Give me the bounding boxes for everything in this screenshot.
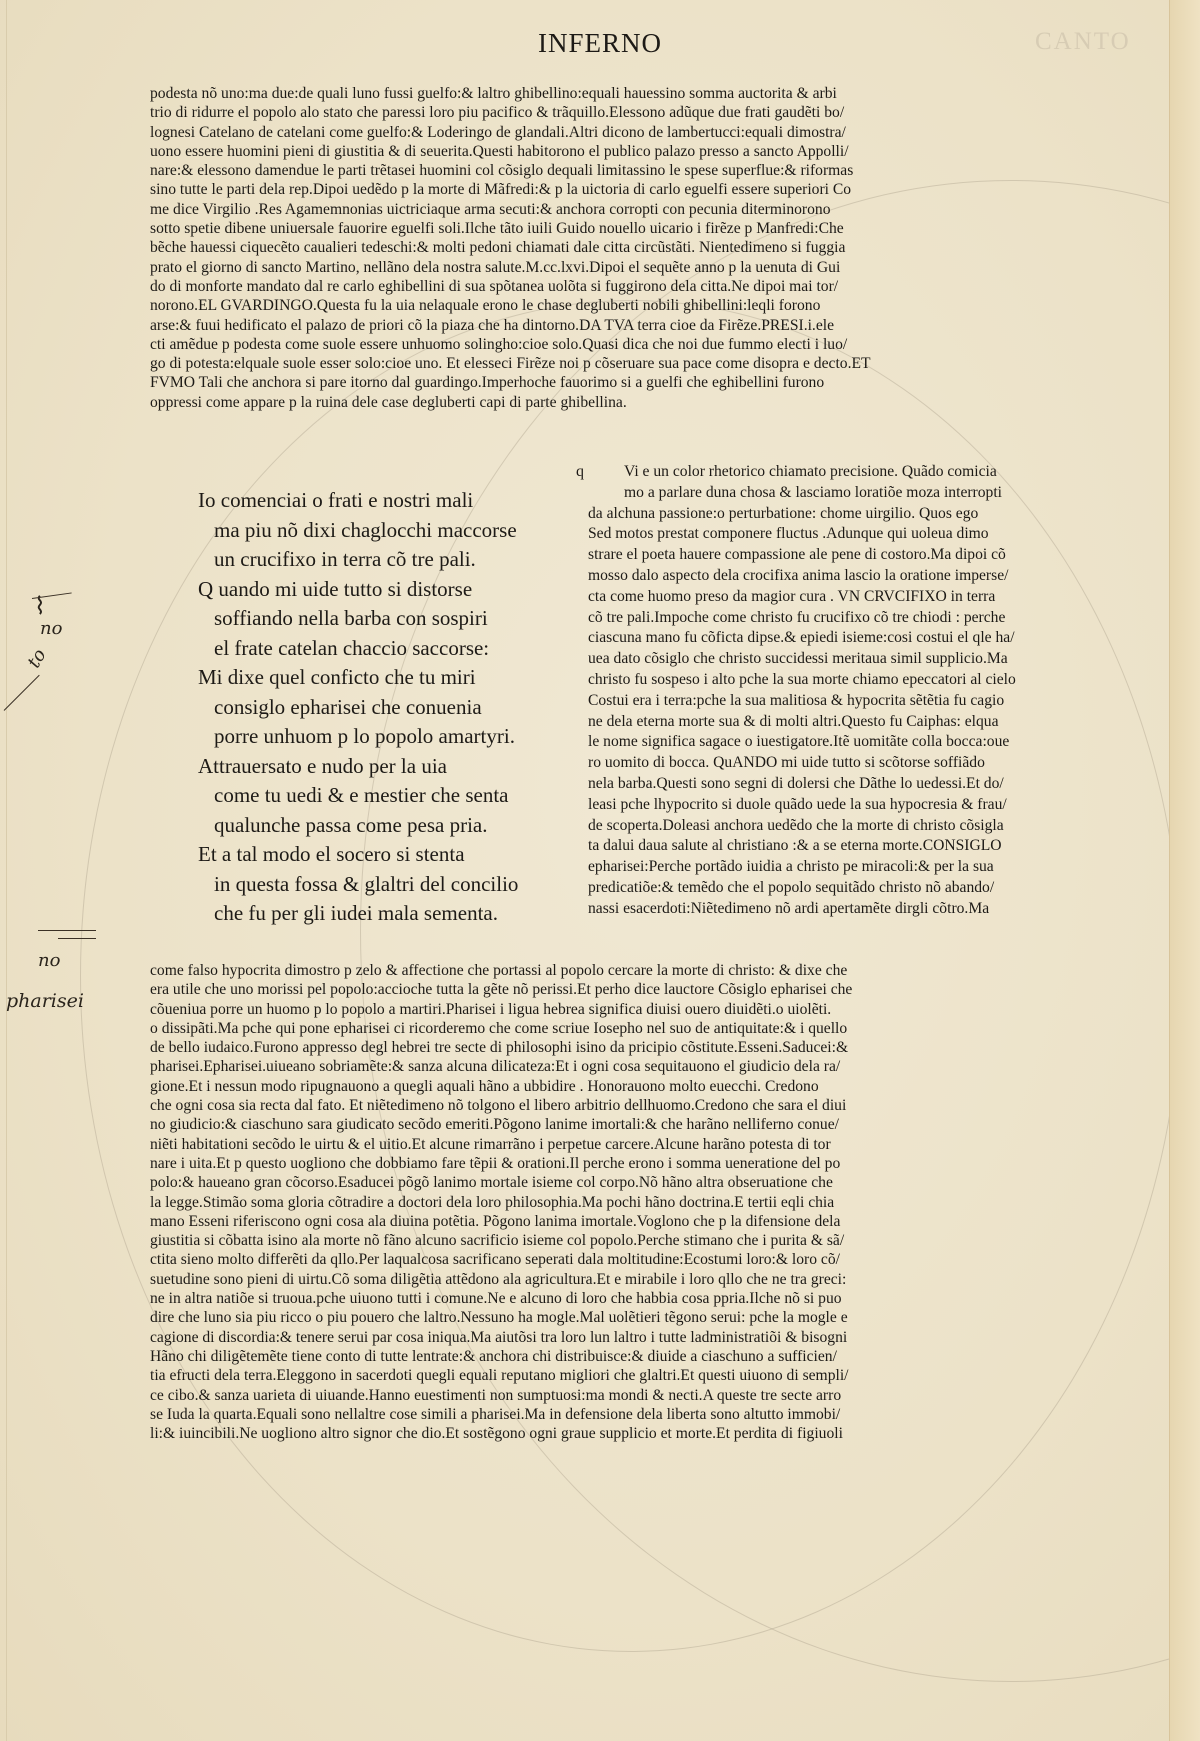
text-line: ctita sieno molto differẽti da qllo.Per … — [150, 1250, 1190, 1269]
text-line: suetudine sono pieni di uirtu.Cõ soma di… — [150, 1270, 1190, 1289]
text-line: de scoperta.Doleasi anchora uedẽdo che l… — [588, 816, 1188, 837]
text-line: dire che luno sia piu ricco o piu pouero… — [150, 1308, 1190, 1327]
text-line: Costui era i terra:pche la sua malitiosa… — [588, 691, 1188, 712]
text-line: cta come huomo preso da magior cura . VN… — [588, 587, 1188, 608]
text-line: in questa fossa & glaltri del concilio — [198, 870, 568, 900]
text-line: lognesi Catelano de catelani come guelfo… — [150, 123, 1190, 142]
text-line: che ogni cosa sia recta dal fato. Et niẽ… — [150, 1096, 1190, 1115]
text-line: norono.EL GVARDINGO.Questa fu la uia nel… — [150, 296, 1190, 315]
text-line: nela barba.Questi sono segni di dolersi … — [588, 774, 1188, 795]
text-line: prato el giorno di sancto Martino, nellã… — [150, 258, 1190, 277]
text-line: porre unhuom p lo popolo amartyri. — [198, 722, 568, 752]
text-line: bẽche hauessi ciquecẽto caualieri tedesc… — [150, 238, 1190, 257]
text-line: come tu uedi & e mestier che senta — [198, 781, 568, 811]
text-line: de bello iudaico.Furono appresso degl he… — [150, 1038, 1190, 1057]
text-line: soffiando nella barba con sospiri — [198, 604, 568, 634]
text-line: epharisei:Perche portãdo iuidia a christ… — [588, 857, 1188, 878]
text-line: ce cibo.& sanza uarieta di uiuande.Hanno… — [150, 1386, 1190, 1405]
handwritten-stroke — [4, 675, 40, 711]
text-line: gione.Et i nessun modo ripugnauono a que… — [150, 1077, 1190, 1096]
text-line: uono essere huomini pieni di giustitia &… — [150, 142, 1190, 161]
text-line: ro uomito di bocca. QuANDO mi uide tutto… — [588, 753, 1188, 774]
text-line: FVMO Tali che anchora si pare itorno dal… — [150, 373, 1190, 392]
text-line: oppressi come appare p la ruina dele cas… — [150, 393, 1190, 412]
margin-note: no — [40, 618, 62, 639]
running-head: INFERNO — [0, 28, 1200, 59]
text-line: Mi dixe quel conficto che tu miri — [198, 663, 568, 693]
text-line: cagione di discordia:& tenere serui par … — [150, 1328, 1190, 1347]
text-line: Sed motos prestat componere fluctus .Adu… — [588, 524, 1188, 545]
paragraph-marker: q — [576, 462, 584, 483]
text-line: uea dato cõsiglo che christo succidessi … — [588, 649, 1188, 670]
text-line: strare el poeta hauere compassione ale p… — [588, 545, 1188, 566]
text-line: ne dela eterna morte sua & di molti altr… — [588, 712, 1188, 733]
text-line: no giudicio:& ciaschuno sara giudicato s… — [150, 1115, 1190, 1134]
text-line: le nome significa sagace o iuestigatore.… — [588, 732, 1188, 753]
text-line: Q uando mi uide tutto si distorse — [198, 575, 568, 605]
commentary-right-column: q Vi e un color rhetorico chiamato preci… — [588, 462, 1188, 920]
text-line: Attrauersato e nudo per la uia — [198, 752, 568, 782]
commentary-bottom-block: come falso hypocrita dimostro p zelo & a… — [150, 961, 1190, 1443]
margin-note: to — [23, 645, 50, 671]
text-line: Et a tal modo el socero si stenta — [198, 840, 568, 870]
text-line: cõ tre pali.Impoche come christo fu cruc… — [588, 608, 1188, 629]
text-line: predicatiõe:& temẽdo che el popolo sequi… — [588, 878, 1188, 899]
text-line: mo a parlare duna chosa & lasciamo lorat… — [588, 483, 1188, 504]
text-line: Vi e un color rhetorico chiamato precisi… — [588, 462, 1188, 483]
text-line: se Iuda la quarta.Equali sono nellaltre … — [150, 1405, 1190, 1424]
text-line: christo fu sospeso i alto pche la sua mo… — [588, 670, 1188, 691]
document-page: CANTO INFERNO podesta nõ uno:ma due:de q… — [0, 0, 1200, 1741]
text-line: sino tutte le parti dela rep.Dipoi uedẽd… — [150, 180, 1190, 199]
text-line: un crucifixo in terra cõ tre pali. — [198, 545, 568, 575]
text-line: nare:& elessono damendue le parti trẽtas… — [150, 161, 1190, 180]
margin-note: pharisei — [6, 990, 84, 1012]
text-line: mano Esseni riferiscono ogni cosa ala di… — [150, 1212, 1190, 1231]
text-line: che fu per gli iudei mala sementa. — [198, 899, 568, 929]
text-line: tia efructi dela terra.Eleggono in sacer… — [150, 1366, 1190, 1385]
margin-note: no — [38, 950, 60, 971]
text-line: cti amẽdue p podesta come suole essere u… — [150, 335, 1190, 354]
text-line: o dissipãti.Ma pche qui pone epharisei c… — [150, 1019, 1190, 1038]
text-line: arse:& fuui hedificato el palazo de prio… — [150, 316, 1190, 335]
text-line: trio di ridurre el popolo alo stato che … — [150, 103, 1190, 122]
text-line: da alchuna passione:o perturbatione: cho… — [588, 504, 1188, 525]
text-line: giustitia si cõbatta isino ala morte nõ … — [150, 1231, 1190, 1250]
text-line: podesta nõ uno:ma due:de quali luno fuss… — [150, 84, 1190, 103]
text-line: do di monforte mandato dal re carlo eghi… — [150, 277, 1190, 296]
text-line: polo:& haueano gran cõcorso.Esaducei põg… — [150, 1173, 1190, 1192]
text-line: Io comenciai o frati e nostri mali — [198, 486, 568, 516]
text-line: Hãno chi diligẽtemẽte tiene conto di tut… — [150, 1347, 1190, 1366]
text-line: go di potesta:elquale suole esser solo:c… — [150, 354, 1190, 373]
text-line: mosso dalo aspecto dela crocifixa anima … — [588, 566, 1188, 587]
text-line: nassi esacerdoti:Niẽtedimeno nõ ardi ape… — [588, 899, 1188, 920]
text-line: el frate catelan chaccio saccorse: — [198, 634, 568, 664]
text-line: nare i uita.Et p questo uogliono che dob… — [150, 1154, 1190, 1173]
commentary-top-block: podesta nõ uno:ma due:de quali luno fuss… — [150, 84, 1190, 412]
text-line: li:& iuincibili.Ne uogliono altro signor… — [150, 1424, 1190, 1443]
binding-edge — [6, 0, 7, 1741]
text-line: sotto spetie dibene uniuersale fauorire … — [150, 219, 1190, 238]
text-line: era utile che uno morissi pel popolo:acc… — [150, 980, 1190, 999]
text-line: cõueniua porre un huomo p lo popolo a ma… — [150, 1000, 1190, 1019]
handwritten-stroke — [38, 930, 96, 931]
text-line: leasi pche lhypocrito si duole quãdo ued… — [588, 795, 1188, 816]
text-line: consiglo epharisei che conuenia — [198, 693, 568, 723]
text-line: ciascuna mano fu cõficta dipse.& epiedi … — [588, 628, 1188, 649]
text-line: la legge.Stimão soma gloria cõtradire a … — [150, 1193, 1190, 1212]
text-line: me dice Virgilio .Res Agamemnonias uictr… — [150, 200, 1190, 219]
verse-block: Io comenciai o frati e nostri malima piu… — [198, 486, 568, 929]
text-line: ta dalui daua salute al christiano :& a … — [588, 836, 1188, 857]
text-line: qualunche passa come pesa pria. — [198, 811, 568, 841]
text-line: ne in altra natiõe si truoua.pche uiuono… — [150, 1289, 1190, 1308]
text-line: pharisei.Epharisei.uiueano sobriamẽte:& … — [150, 1057, 1190, 1076]
text-line: niẽti habitationi secõdo le uirtu & el u… — [150, 1135, 1190, 1154]
text-line: ma piu nõ dixi chaglocchi maccorse — [198, 516, 568, 546]
text-line: come falso hypocrita dimostro p zelo & a… — [150, 961, 1190, 980]
handwritten-stroke — [58, 938, 96, 939]
